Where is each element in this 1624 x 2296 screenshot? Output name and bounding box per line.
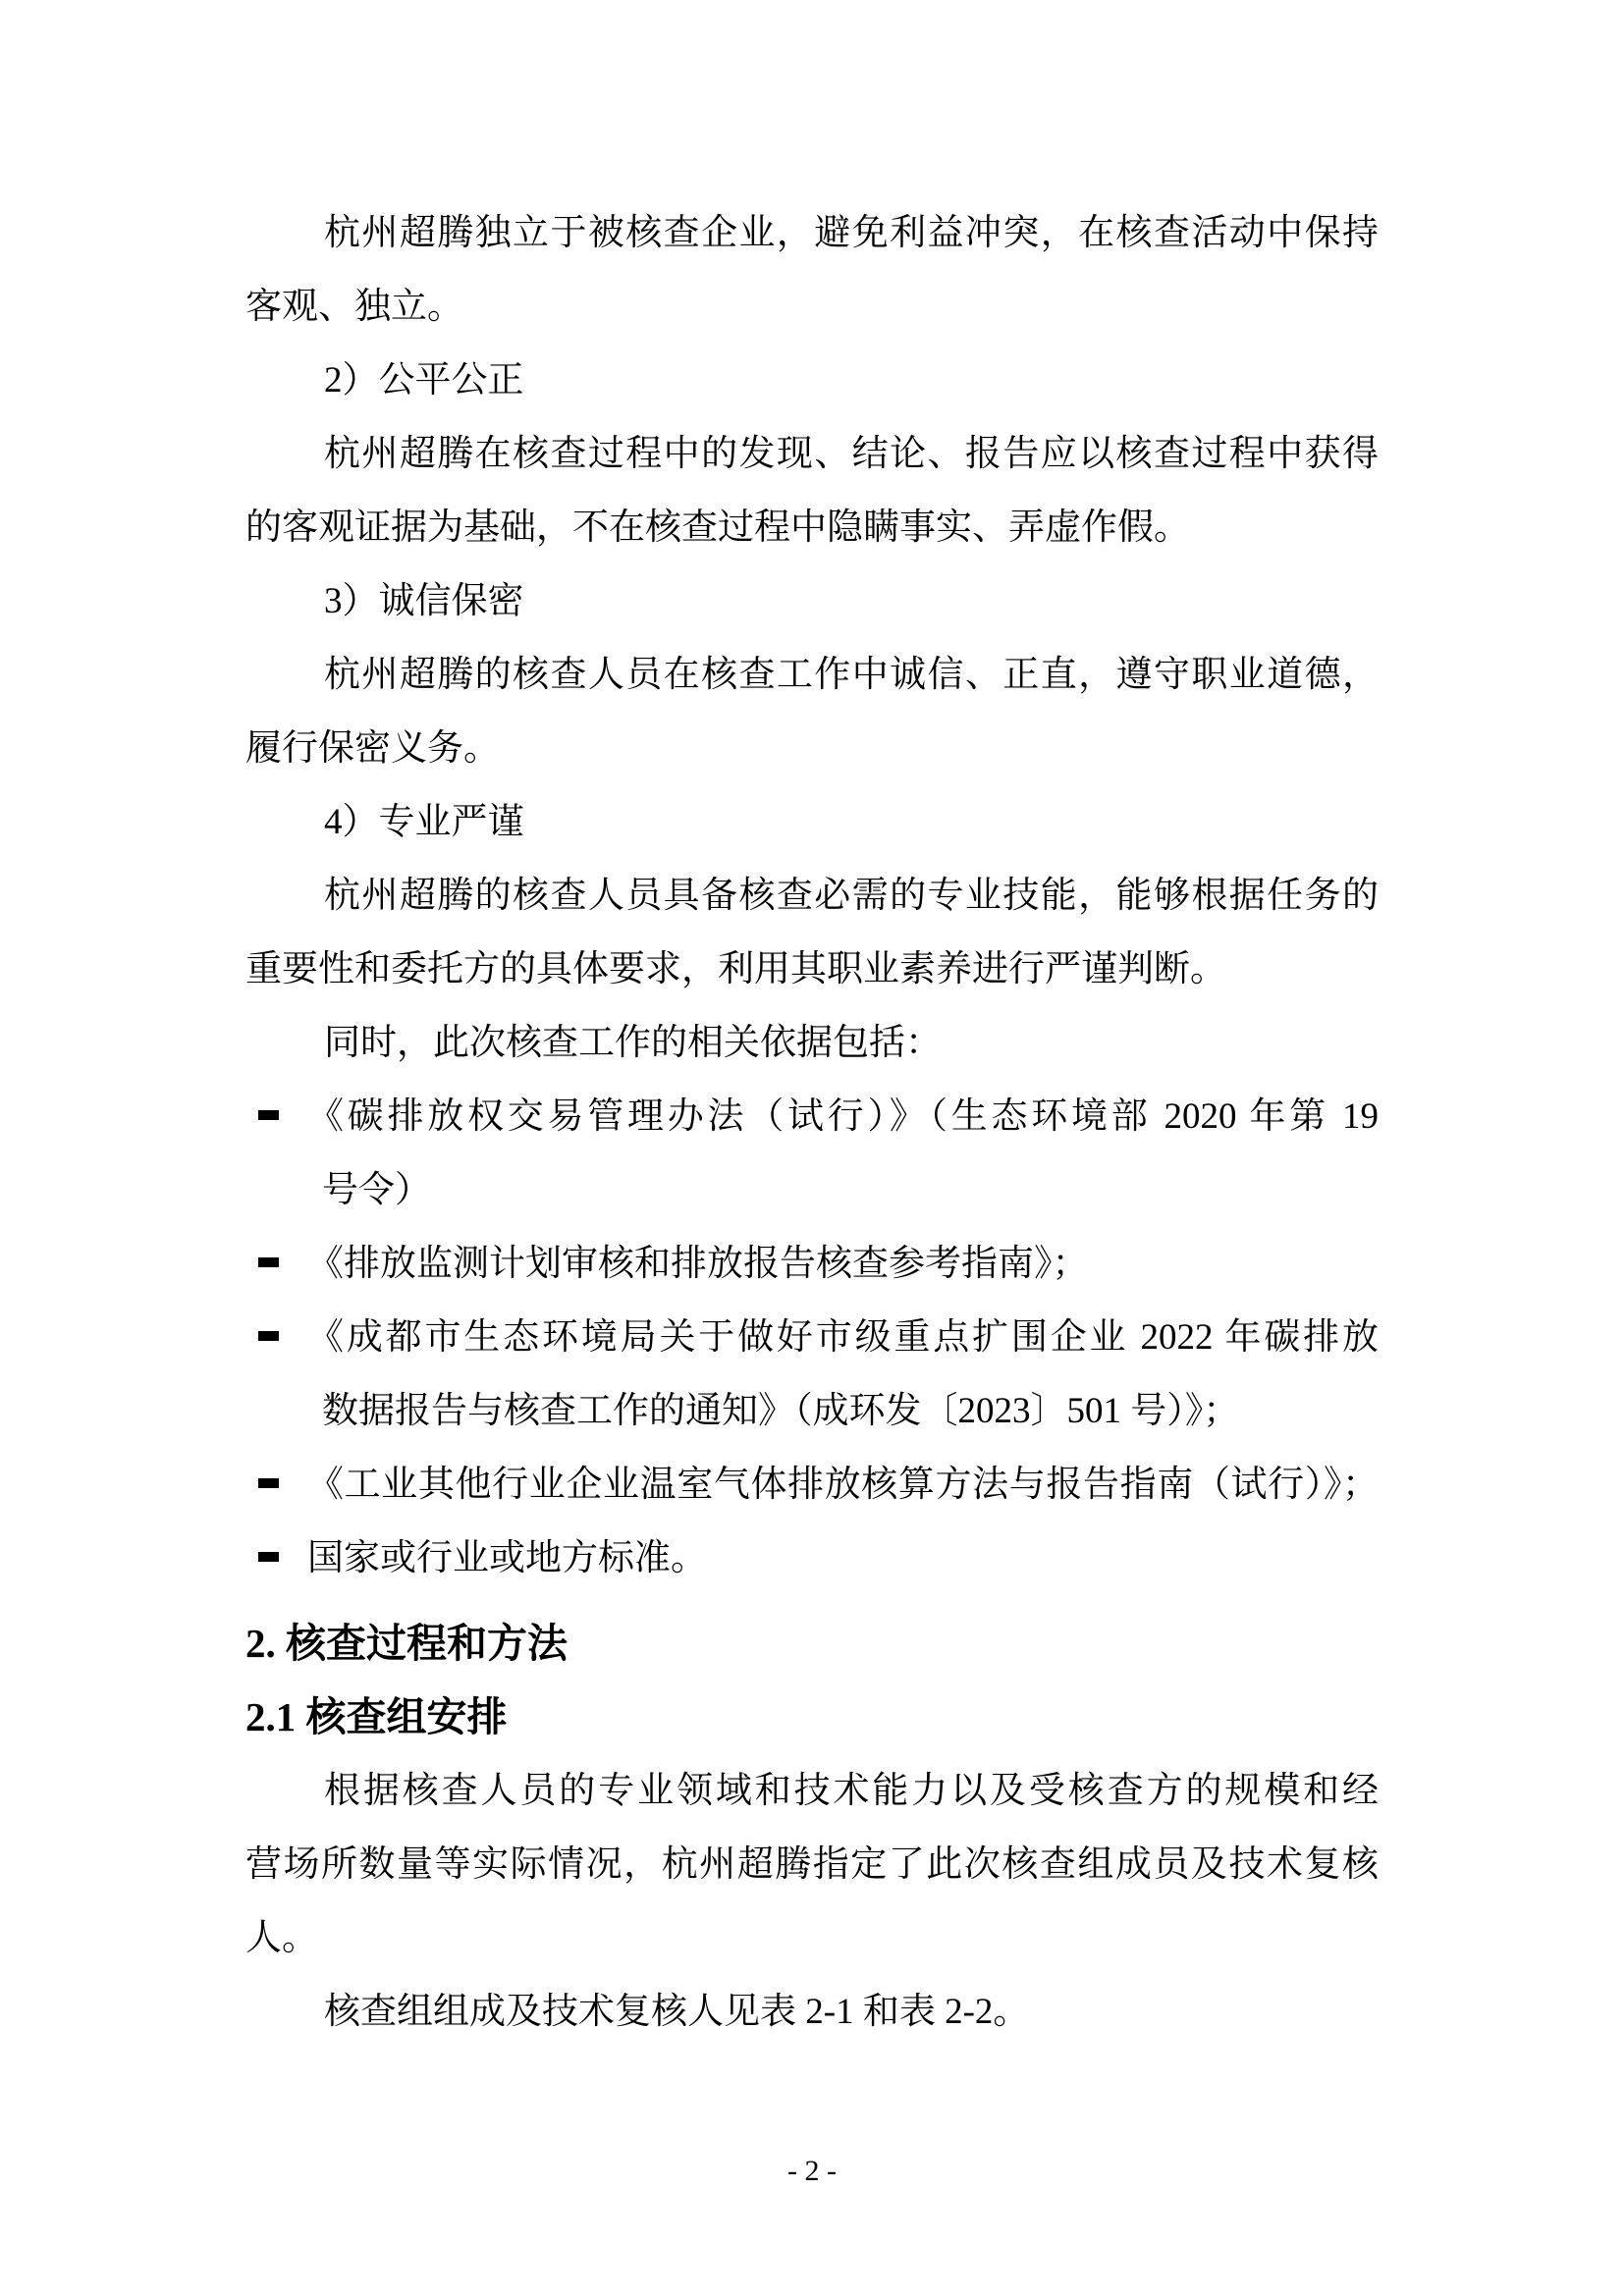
text-run: 杭州超腾在核查过程中的发现、结论、报告应以核查过程中获得 bbox=[324, 434, 1379, 474]
text-line: 3）诚信保密 bbox=[245, 564, 1379, 638]
numbered-subheading: 2）公平公正 bbox=[245, 344, 1379, 417]
text-line: 杭州超腾的核查人员具备核查必需的专业技能，能够根据任务的 bbox=[245, 859, 1379, 933]
bullet-list-item: 《成都市生态环境局关于做好市级重点扩围企业 2022 年碳排放数据报告与核查工作… bbox=[245, 1301, 1379, 1448]
text-line: 履行保密义务。 bbox=[245, 712, 1379, 785]
bullet-list-item: 国家或行业或地方标准。 bbox=[245, 1522, 1379, 1595]
bullet-dash-icon bbox=[258, 1257, 279, 1267]
text-line: 4）专业严谨 bbox=[245, 785, 1379, 859]
text-run: 核查组组成及技术复核人见表 2-1 和表 2-2。 bbox=[324, 1992, 1029, 2032]
text-run: 客观、独立。 bbox=[245, 287, 463, 327]
text-run: 的客观证据为基础，不在核查过程中隐瞒事实、弄虚作假。 bbox=[245, 507, 1190, 548]
text-line: 杭州超腾的核查人员在核查工作中诚信、正直，遵守职业道德， bbox=[245, 638, 1379, 712]
text-run: 营场所数量等实际情况，杭州超腾指定了此次核查组成员及技术复核 bbox=[245, 1844, 1379, 1885]
paragraph: 核查组组成及技术复核人见表 2-1 和表 2-2。 bbox=[245, 1975, 1379, 2049]
text-line: 2.1 核查组安排 bbox=[245, 1681, 1379, 1754]
section-heading: 2. 核查过程和方法 bbox=[245, 1607, 1379, 1681]
text-line: 号令） bbox=[245, 1153, 1379, 1227]
paragraph: 同时，此次核查工作的相关依据包括： bbox=[245, 1006, 1379, 1080]
bullet-list-item: 《碳排放权交易管理办法（试行）》（生态环境部 2020 年第 19号令） bbox=[245, 1080, 1379, 1227]
text-run: 4）专业严谨 bbox=[324, 802, 524, 842]
numbered-subheading: 4）专业严谨 bbox=[245, 785, 1379, 859]
bullet-dash-icon bbox=[258, 1478, 279, 1488]
paragraph: 杭州超腾在核查过程中的发现、结论、报告应以核查过程中获得的客观证据为基础，不在核… bbox=[245, 417, 1379, 564]
text-run: 同时，此次核查工作的相关依据包括： bbox=[324, 1023, 942, 1063]
text-line: 杭州超腾独立于被核查企业，避免利益冲突，在核查活动中保持 bbox=[245, 196, 1379, 270]
body-text: 杭州超腾独立于被核查企业，避免利益冲突，在核查活动中保持客观、独立。2）公平公正… bbox=[245, 196, 1379, 2049]
text-run: 《成都市生态环境局关于做好市级重点扩围企业 2022 年碳排放 bbox=[307, 1317, 1379, 1358]
text-line: 同时，此次核查工作的相关依据包括： bbox=[245, 1006, 1379, 1080]
text-run: 《碳排放权交易管理办法（试行）》（生态环境部 2020 年第 19 bbox=[307, 1096, 1379, 1137]
text-run: 3）诚信保密 bbox=[324, 581, 524, 621]
paragraph: 根据核查人员的专业领域和技术能力以及受核查方的规模和经营场所数量等实际情况，杭州… bbox=[245, 1754, 1379, 1975]
page-number-footer: - 2 - bbox=[0, 2152, 1624, 2191]
bullet-dash-icon bbox=[258, 1110, 279, 1120]
text-run: 杭州超腾的核查人员在核查工作中诚信、正直，遵守职业道德， bbox=[324, 655, 1379, 695]
bullet-list-item: 《工业其他行业企业温室气体排放核算方法与报告指南（试行）》； bbox=[245, 1448, 1379, 1522]
text-run: 2.1 核查组安排 bbox=[245, 1694, 508, 1739]
text-line: 营场所数量等实际情况，杭州超腾指定了此次核查组成员及技术复核 bbox=[245, 1828, 1379, 1901]
text-run: 《排放监测计划审核和排放报告核查参考指南》； bbox=[307, 1244, 1089, 1284]
text-line: 杭州超腾在核查过程中的发现、结论、报告应以核查过程中获得 bbox=[245, 417, 1379, 491]
text-line: 客观、独立。 bbox=[245, 270, 1379, 344]
text-run: 人。 bbox=[245, 1918, 318, 1958]
text-run: 2. 核查过程和方法 bbox=[245, 1621, 568, 1666]
text-line: 重要性和委托方的具体要求，利用其职业素养进行严谨判断。 bbox=[245, 933, 1379, 1006]
numbered-subheading: 3）诚信保密 bbox=[245, 564, 1379, 638]
bullet-dash-icon bbox=[258, 1552, 279, 1562]
text-run: 杭州超腾的核查人员具备核查必需的专业技能，能够根据任务的 bbox=[324, 876, 1379, 916]
text-run: 履行保密义务。 bbox=[245, 728, 500, 769]
text-line: 《排放监测计划审核和排放报告核查参考指南》； bbox=[245, 1227, 1379, 1301]
text-line: 《成都市生态环境局关于做好市级重点扩围企业 2022 年碳排放 bbox=[245, 1301, 1379, 1374]
document-page: 杭州超腾独立于被核查企业，避免利益冲突，在核查活动中保持客观、独立。2）公平公正… bbox=[0, 0, 1624, 2296]
text-line: 人。 bbox=[245, 1901, 1379, 1975]
paragraph: 杭州超腾独立于被核查企业，避免利益冲突，在核查活动中保持客观、独立。 bbox=[245, 196, 1379, 344]
text-line: 2）公平公正 bbox=[245, 344, 1379, 417]
text-line: 根据核查人员的专业领域和技术能力以及受核查方的规模和经 bbox=[245, 1754, 1379, 1828]
text-line: 《工业其他行业企业温室气体排放核算方法与报告指南（试行）》； bbox=[245, 1448, 1379, 1522]
text-line: 2. 核查过程和方法 bbox=[245, 1607, 1379, 1681]
text-run: 杭州超腾独立于被核查企业，避免利益冲突，在核查活动中保持 bbox=[324, 213, 1379, 253]
text-run: 重要性和委托方的具体要求，利用其职业素养进行严谨判断。 bbox=[245, 949, 1226, 989]
text-run: 号令） bbox=[322, 1170, 431, 1210]
text-run: 根据核查人员的专业领域和技术能力以及受核查方的规模和经 bbox=[324, 1771, 1379, 1811]
text-run: 2）公平公正 bbox=[324, 360, 524, 400]
subsection-heading: 2.1 核查组安排 bbox=[245, 1681, 1379, 1754]
text-line: 数据报告与核查工作的通知》（成环发〔2023〕501 号）》； bbox=[245, 1374, 1379, 1448]
text-line: 核查组组成及技术复核人见表 2-1 和表 2-2。 bbox=[245, 1975, 1379, 2049]
text-run: 数据报告与核查工作的通知》（成环发〔2023〕501 号）》； bbox=[322, 1391, 1239, 1431]
text-run: 国家或行业或地方标准。 bbox=[307, 1538, 707, 1578]
bullet-list-item: 《排放监测计划审核和排放报告核查参考指南》； bbox=[245, 1227, 1379, 1301]
text-line: 的客观证据为基础，不在核查过程中隐瞒事实、弄虚作假。 bbox=[245, 491, 1379, 564]
text-line: 国家或行业或地方标准。 bbox=[245, 1522, 1379, 1595]
paragraph: 杭州超腾的核查人员具备核查必需的专业技能，能够根据任务的重要性和委托方的具体要求… bbox=[245, 859, 1379, 1006]
paragraph: 杭州超腾的核查人员在核查工作中诚信、正直，遵守职业道德，履行保密义务。 bbox=[245, 638, 1379, 785]
text-line: 《碳排放权交易管理办法（试行）》（生态环境部 2020 年第 19 bbox=[245, 1080, 1379, 1153]
text-run: 《工业其他行业企业温室气体排放核算方法与报告指南（试行）》； bbox=[307, 1465, 1379, 1505]
bullet-dash-icon bbox=[258, 1331, 279, 1341]
